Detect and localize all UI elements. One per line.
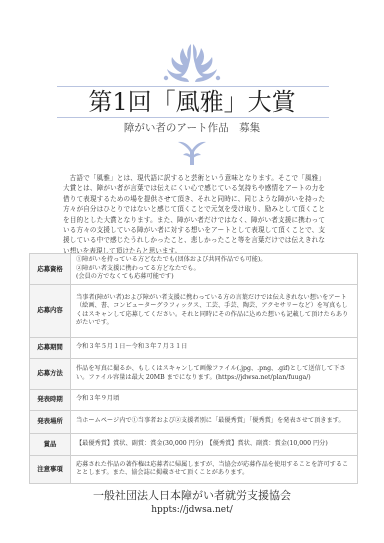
table-row-notes: 注意事項 応募された作品の著作権は応募者に帰属しますが、当協会が応募作品を使用す… (30, 455, 358, 483)
organization-name: 一般社団法人日本障がい者就労支援協会 (0, 489, 384, 503)
page-subtitle: 障がい者のアート作品 募集 (0, 121, 384, 135)
fleur-ornament-icon (176, 139, 208, 166)
row-value-line: 作品を写真に撮るか、もしくはスキャンして画像ファイル(.jpg、.png、.gi… (76, 365, 352, 382)
row-label: 発表場所 (30, 410, 71, 433)
row-value: 作品を写真に撮るか、もしくはスキャンして画像ファイル(.jpg、.png、.gi… (71, 358, 358, 389)
row-value: 令和３年９月頃 (71, 389, 358, 410)
row-label: 注意事項 (30, 455, 71, 483)
row-value-line: ①障がいを持っている方どなたでも(団体および共同作品でも可能)。 (76, 256, 352, 265)
row-value-line: 応募された作品の著作権は応募者に帰属しますが、当協会が応募作品を使用することを許… (76, 461, 352, 478)
row-label: 賞品 (30, 433, 71, 455)
organization-url: hppts://jdwsa.net/ (0, 504, 384, 516)
row-value: 当事者(障がい者)および障がい者支援に携わっている方の言葉だけでは伝えきれない想… (71, 284, 358, 337)
row-label: 応募内容 (30, 284, 71, 337)
table-row-period: 応募期間 令和３年５月１日～令和３年７月３１日 (30, 337, 358, 358)
row-value: 応募された作品の著作権は応募者に帰属しますが、当協会が応募作品を使用することを許… (71, 455, 358, 483)
table-row-announcement-place: 発表場所 当ホームページ内で①当事者および②支援者別に「最優秀賞」「優秀賞」を発… (30, 410, 358, 433)
row-value: 【最優秀賞】賞状、副賞：賞金(30,000 円分) 【優秀賞】賞状、副賞：賞金(… (71, 433, 358, 455)
table-row-content: 応募内容 当事者(障がい者)および障がい者支援に携わっている方の言葉だけでは伝え… (30, 284, 358, 337)
row-value-line: 令和３年５月１日～令和３年７月３１日 (76, 343, 352, 352)
row-label: 応募資格 (30, 254, 71, 285)
application-details-table: 応募資格 ①障がいを持っている方どなたでも(団体および共同作品でも可能)。 ②障… (29, 253, 358, 484)
row-value: 当ホームページ内で①当事者および②支援者別に「最優秀賞」「優秀賞」を発表させて頂… (71, 410, 358, 433)
row-label: 発表時期 (30, 389, 71, 410)
row-value-line: 当ホームページ内で①当事者および②支援者別に「最優秀賞」「優秀賞」を発表させて頂… (76, 417, 352, 426)
table-row-method: 応募方法 作品を写真に撮るか、もしくはスキャンして画像ファイル(.jpg、.pn… (30, 358, 358, 389)
row-value-line: 【最優秀賞】賞状、副賞：賞金(30,000 円分) 【優秀賞】賞状、副賞：賞金(… (76, 440, 352, 449)
table-row-eligibility: 応募資格 ①障がいを持っている方どなたでも(団体および共同作品でも可能)。 ②障… (30, 254, 358, 285)
row-value: 令和３年５月１日～令和３年７月３１日 (71, 337, 358, 358)
row-label: 応募方法 (30, 358, 71, 389)
row-value: ①障がいを持っている方どなたでも(団体および共同作品でも可能)。 ②障がい者支援… (71, 254, 358, 285)
row-value-line: 令和３年９月頃 (76, 395, 352, 404)
row-label: 応募期間 (30, 337, 71, 358)
title-top-rule (57, 86, 329, 87)
intro-paragraph: 古語で「風雅」とは、現代語に訳すると芸術という意味となります。そこで「風雅」大賞… (63, 173, 325, 256)
table-row-announcement-date: 発表時期 令和３年９月頃 (30, 389, 358, 410)
row-value-line: (会員の方でなくても応募可能です) (76, 273, 352, 282)
title-bottom-rule (57, 117, 329, 118)
floral-scroll-ornament-icon (155, 42, 229, 84)
row-value-line: 当事者(障がい者)および障がい者支援に携わっている方の言葉だけでは伝えきれない想… (76, 294, 352, 328)
page-title: 第1回「風雅」大賞 (0, 88, 384, 116)
row-value-line: ②障がい者支援に携わってる方どなたでも。 (76, 265, 352, 274)
table-row-prizes: 賞品 【最優秀賞】賞状、副賞：賞金(30,000 円分) 【優秀賞】賞状、副賞：… (30, 433, 358, 455)
